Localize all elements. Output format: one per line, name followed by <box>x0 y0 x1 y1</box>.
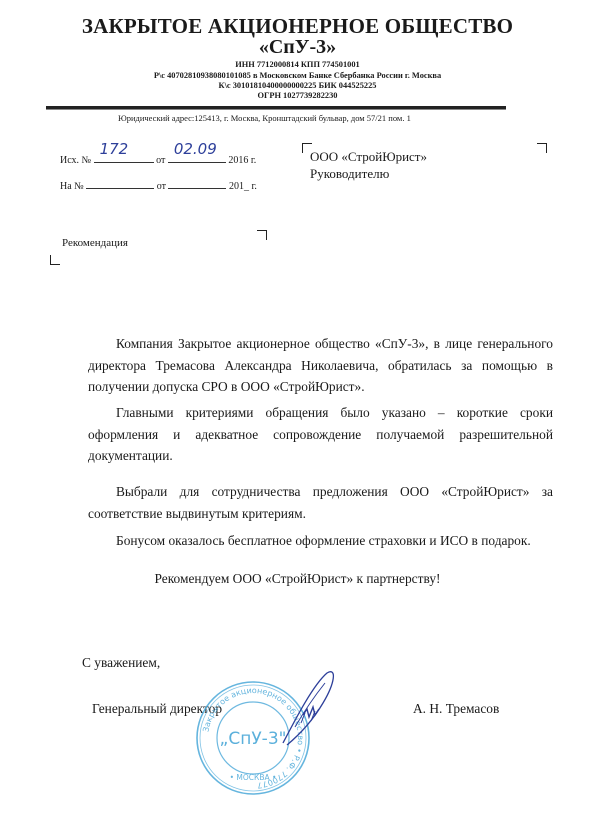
letterhead-divider <box>46 106 506 110</box>
outgoing-number-field: 172 <box>94 150 154 163</box>
body-paragraph: Бонусом оказалось бесплатное оформление … <box>88 530 553 558</box>
incoming-number-field <box>86 176 154 189</box>
requisites-ogrn: ОГРН 1027739282230 <box>0 91 595 102</box>
closing-phrase: С уважением, <box>82 655 160 671</box>
outgoing-date-field: 02.09 <box>168 150 226 163</box>
addressee-corner-mark <box>537 143 547 153</box>
body-paragraph: Компания Закрытое акционерное общество «… <box>88 333 553 404</box>
paragraph-text: Бонусом оказалось бесплатное оформление … <box>88 530 553 552</box>
outgoing-year: 2016 г. <box>228 155 256 166</box>
incoming-reference: На № от 201_ г. <box>60 176 257 192</box>
outgoing-date-handwritten: 02.09 <box>174 140 217 158</box>
legal-address: Юридический адрес:125413, г. Москва, Кро… <box>118 113 411 123</box>
outgoing-prefix: Исх. № <box>60 155 91 166</box>
incoming-prefix: На № <box>60 181 84 192</box>
requisites-corr-account: К\с 30101810400000000225 БИК 044525225 <box>0 81 595 92</box>
outgoing-number-handwritten: 172 <box>100 140 129 158</box>
subject-line: Рекомендация <box>62 237 128 249</box>
paragraph-text: Главными критериями обращения было указа… <box>88 402 553 467</box>
addressee-title: Руководителю <box>310 166 389 182</box>
incoming-from-label: от <box>157 181 166 192</box>
requisites-account: Р\с 40702810938080101085 в Московском Ба… <box>0 71 595 82</box>
subject-corner-mark <box>50 255 60 265</box>
paragraph-text: Выбрали для сотрудничества предложения О… <box>88 481 553 524</box>
incoming-year: 201_ г. <box>229 181 257 192</box>
recommendation-line: Рекомендуем ООО «СтройЮрист» к партнерст… <box>0 571 595 587</box>
addressee-company: ООО «СтройЮрист» <box>310 149 427 165</box>
subject-corner-mark <box>257 230 267 240</box>
requisites-inn: ИНН 7712000814 КПП 774501001 <box>0 60 595 71</box>
outgoing-reference: Исх. № 172 от 02.09 2016 г. <box>60 150 256 166</box>
outgoing-from-label: от <box>156 155 165 166</box>
signature-icon <box>265 665 345 755</box>
body-paragraph: Выбрали для сотрудничества предложения О… <box>88 481 553 530</box>
svg-text:• МОСКВА •: • МОСКВА • <box>230 773 277 782</box>
company-name-heading: «СпУ-3» <box>0 36 595 59</box>
signer-name: А. Н. Тремасов <box>413 701 499 717</box>
body-paragraph: Главными критериями обращения было указа… <box>88 402 553 473</box>
incoming-date-field <box>168 176 226 189</box>
paragraph-text: Компания Закрытое акционерное общество «… <box>88 333 553 398</box>
